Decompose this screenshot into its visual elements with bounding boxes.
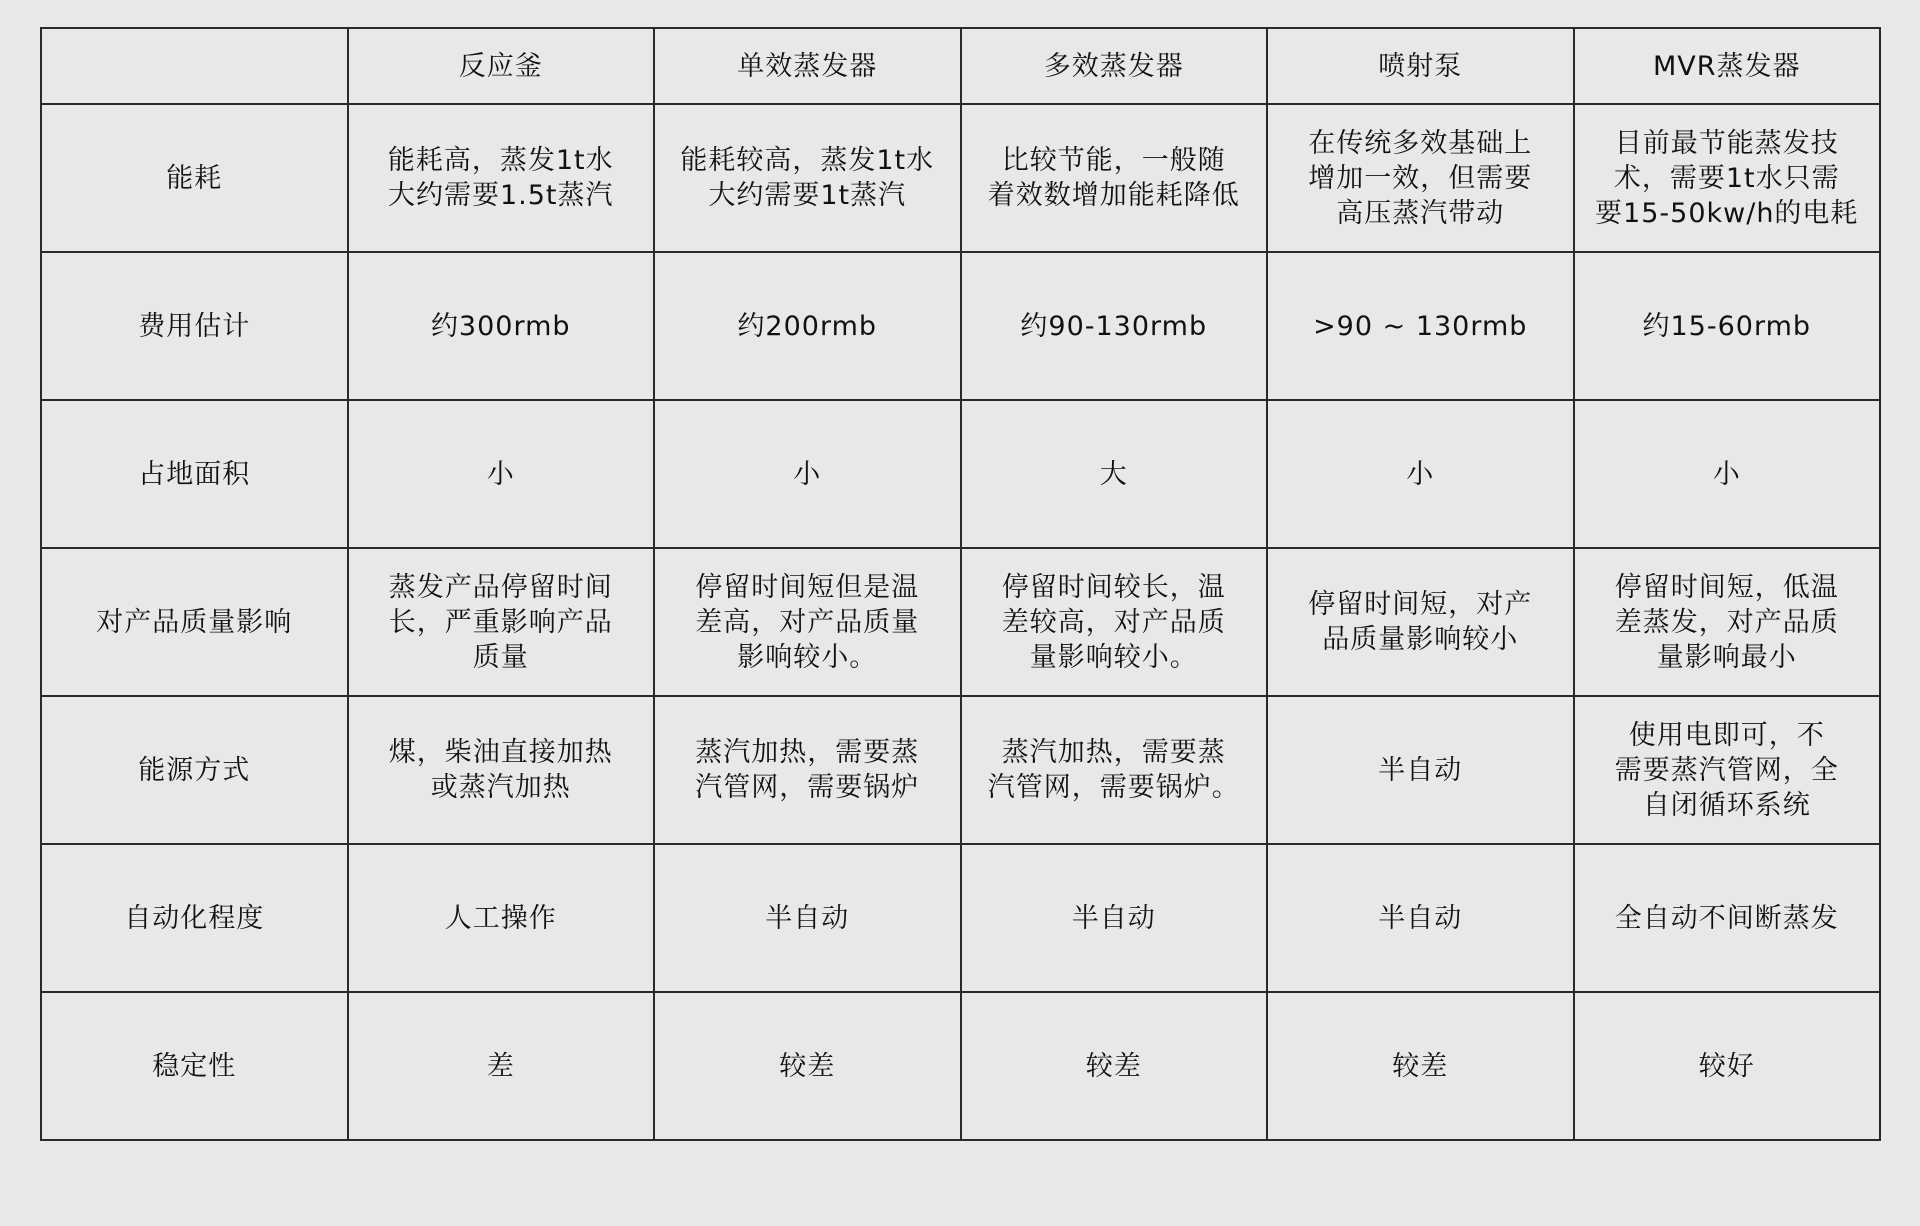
header-mvr-evaporator: MVR蒸发器	[1574, 28, 1881, 104]
table-cell: 停留时间较长，温 差较高，对产品质 量影响较小。	[961, 548, 1268, 696]
table-cell: 小	[1574, 400, 1881, 548]
table-cell: 较差	[961, 992, 1268, 1140]
table-cell: 小	[654, 400, 961, 548]
table-row-product-quality-impact: 对产品质量影响 蒸发产品停留时间 长，严重影响产品 质量 停留时间短但是温 差高…	[41, 548, 1880, 696]
table-cell: 蒸发产品停留时间 长，严重影响产品 质量	[348, 548, 655, 696]
evaporator-comparison-table: 反应釜 单效蒸发器 多效蒸发器 喷射泵 MVR蒸发器 能耗 能耗高，蒸发1t水 …	[40, 27, 1881, 1141]
header-corner-cell	[41, 28, 348, 104]
table-cell: 煤，柴油直接加热 或蒸汽加热	[348, 696, 655, 844]
header-jet-pump: 喷射泵	[1267, 28, 1574, 104]
table-cell: 在传统多效基础上 增加一效，但需要 高压蒸汽带动	[1267, 104, 1574, 252]
table-cell: 停留时间短，对产 品质量影响较小	[1267, 548, 1574, 696]
table-cell: 能耗高，蒸发1t水 大约需要1.5t蒸汽	[348, 104, 655, 252]
table-cell: 较差	[1267, 992, 1574, 1140]
table-cell: 蒸汽加热，需要蒸 汽管网，需要锅炉	[654, 696, 961, 844]
table-cell: 大	[961, 400, 1268, 548]
table-cell: 较差	[654, 992, 961, 1140]
table-cell: 半自动	[1267, 696, 1574, 844]
table-cell: >90 ~ 130rmb	[1267, 252, 1574, 400]
row-label: 占地面积	[41, 400, 348, 548]
row-label: 费用估计	[41, 252, 348, 400]
row-label: 能耗	[41, 104, 348, 252]
table-row-cost-estimate: 费用估计 约300rmb 约200rmb 约90-130rmb >90 ~ 13…	[41, 252, 1880, 400]
table-cell: 较好	[1574, 992, 1881, 1140]
table-row-energy-consumption: 能耗 能耗高，蒸发1t水 大约需要1.5t蒸汽 能耗较高，蒸发1t水 大约需要1…	[41, 104, 1880, 252]
header-reactor: 反应釜	[348, 28, 655, 104]
table-cell: 停留时间短，低温 差蒸发，对产品质 量影响最小	[1574, 548, 1881, 696]
table-cell: 半自动	[961, 844, 1268, 992]
header-single-effect-evaporator: 单效蒸发器	[654, 28, 961, 104]
table-cell: 半自动	[1267, 844, 1574, 992]
table-cell: 能耗较高，蒸发1t水 大约需要1t蒸汽	[654, 104, 961, 252]
table-cell: 全自动不间断蒸发	[1574, 844, 1881, 992]
table-cell: 目前最节能蒸发技 术，需要1t水只需 要15-50kw/h的电耗	[1574, 104, 1881, 252]
table-cell: 蒸汽加热，需要蒸 汽管网，需要锅炉。	[961, 696, 1268, 844]
table-cell: 使用电即可，不 需要蒸汽管网，全 自闭循环系统	[1574, 696, 1881, 844]
table-cell: 停留时间短但是温 差高，对产品质量 影响较小。	[654, 548, 961, 696]
table-cell: 比较节能，一般随 着效数增加能耗降低	[961, 104, 1268, 252]
table-cell: 差	[348, 992, 655, 1140]
table-cell: 约200rmb	[654, 252, 961, 400]
header-row: 反应釜 单效蒸发器 多效蒸发器 喷射泵 MVR蒸发器	[41, 28, 1880, 104]
table-cell: 约15-60rmb	[1574, 252, 1881, 400]
row-label: 对产品质量影响	[41, 548, 348, 696]
row-label: 稳定性	[41, 992, 348, 1140]
table-cell: 小	[348, 400, 655, 548]
table-cell: 半自动	[654, 844, 961, 992]
table-cell: 约300rmb	[348, 252, 655, 400]
table-cell: 约90-130rmb	[961, 252, 1268, 400]
table-row-stability: 稳定性 差 较差 较差 较差 较好	[41, 992, 1880, 1140]
table-row-energy-source: 能源方式 煤，柴油直接加热 或蒸汽加热 蒸汽加热，需要蒸 汽管网，需要锅炉 蒸汽…	[41, 696, 1880, 844]
table-cell: 小	[1267, 400, 1574, 548]
row-label: 自动化程度	[41, 844, 348, 992]
table-row-automation-level: 自动化程度 人工操作 半自动 半自动 半自动 全自动不间断蒸发	[41, 844, 1880, 992]
table-cell: 人工操作	[348, 844, 655, 992]
row-label: 能源方式	[41, 696, 348, 844]
header-multi-effect-evaporator: 多效蒸发器	[961, 28, 1268, 104]
table-row-floor-area: 占地面积 小 小 大 小 小	[41, 400, 1880, 548]
